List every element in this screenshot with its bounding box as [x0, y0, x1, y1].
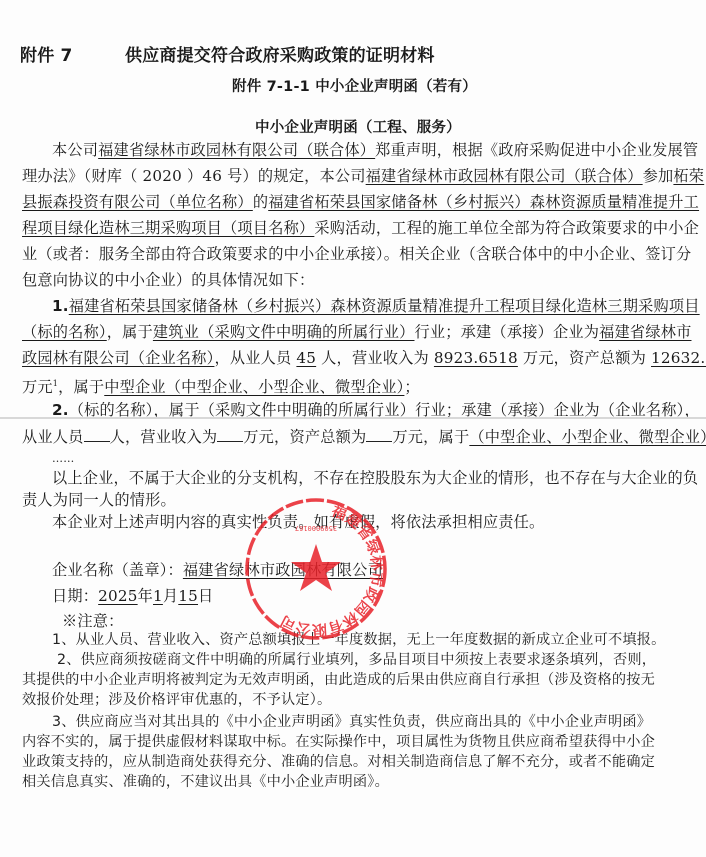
- item1-bid-name: 福建省柘荣县国家储备林（乡村振兴）森林资源质量精准提升工程项目绿化造林三期采购项…: [69, 297, 700, 315]
- note-2-line-3: 效报价处理；涉及价格评审优惠的，不予认定）。: [22, 690, 331, 710]
- intro-text: 理办法》（财库（ 2020 ）46 号）的规定，本公司: [22, 167, 366, 185]
- note-1: 1、从业人员、营业收入、资产总额填报上一年度数据，无上一年度数据的新成立企业可不…: [52, 630, 666, 650]
- date-text: 年: [138, 587, 153, 605]
- intro-text: 郑重声明，根据《政府采购促进中小企业发展管: [375, 141, 698, 159]
- note-3-line-1: 3、供应商应当对其出具的《中小企业声明函》真实性负责，供应商出具的《中小企业声明…: [52, 712, 651, 732]
- item2-enterprise-type: （中型企业、小型企业、微型企业）: [469, 428, 706, 446]
- item1-bid-name-cont: （标的名称）: [22, 323, 107, 341]
- attachment-label: 附件 7: [20, 46, 73, 66]
- document-page: 附件 7 供应商提交符合政府采购政策的证明材料 附件 7-1-1 中小企业声明函…: [0, 0, 706, 857]
- intro-line-5: 业（或者：服务全部由符合政策要求的中小企业承接）。相关企业（含联合体中的中小企业…: [22, 244, 691, 264]
- intro-line-6: 包意向协议的中小企业）的具体情况如下：: [22, 270, 314, 290]
- item2-employees-blank: [84, 427, 110, 442]
- scan-artifact-line: [0, 417, 706, 419]
- item-text: 行业；承建（承接）企业为: [415, 323, 600, 341]
- item1-enterprise: 福建省绿林市: [599, 323, 691, 341]
- item-text: 从业人员: [22, 428, 84, 446]
- item1-revenue: 8923.6518: [434, 349, 518, 367]
- note-2-line-1: 2、供应商须按磋商文件中明确的所属行业填列，多品目项目中须按上表要求逐条填列，否…: [57, 650, 656, 670]
- item1-line-3: 政园林有限公司（企业名称），从业人员 45 人，营业收入为 8923.6518 …: [22, 348, 706, 368]
- note-3-line-3: 业政策支持的，应从制造商处获得充分、准确的信息。对相关制造商信息了解不充分，或者…: [22, 752, 655, 772]
- item-text: 人，营业收入为: [110, 428, 218, 446]
- statement-line-3: 本企业对上述声明内容的真实性负责。如有虚假，将依法承担相应责任。: [52, 512, 544, 532]
- statement-line-2: 责人为同一人的情形。: [22, 490, 176, 510]
- note-2-line-2: 其提供的中小企业声明将被判定为无效声明函，由此造成的后果由供应商自行承担（涉及资…: [22, 670, 655, 690]
- statement-line-1: 以上企业，不属于大企业的分支机构，不存在控股股东为大企业的情形，也不存在与大企业…: [52, 468, 698, 488]
- item1-line-2: （标的名称），属于建筑业（采购文件中明确的所属行业）行业；承建（承接）企业为福建…: [22, 322, 691, 342]
- notes-heading: ※注意：: [62, 611, 124, 631]
- intro-line-1: 本公司福建省绿林市政园林有限公司（联合体）郑重声明，根据《政府采购促进中小企业发…: [52, 140, 698, 160]
- intro-text: 本公司: [52, 141, 98, 159]
- item2-line-2: 从业人员人，营业收入为万元，资产总额为万元，属于（中型企业、小型企业、微型企业）…: [22, 427, 706, 447]
- item-number: 1.: [52, 297, 69, 315]
- item-text: 人，营业收入为: [316, 349, 434, 367]
- item-text: ，属于: [58, 378, 104, 396]
- date-text: 日: [198, 587, 213, 605]
- date-month: 1: [153, 587, 163, 605]
- item1-employees: 45: [296, 349, 316, 367]
- item-text: ，从业人员: [214, 349, 296, 367]
- item-text: 万元: [22, 378, 53, 396]
- intro-text: 参加: [643, 167, 674, 185]
- item1-enterprise-type: 中型企业（中型企业、小型企业、微型企业）: [104, 378, 404, 396]
- item-text: ，属于: [107, 323, 153, 341]
- intro-line-4: 程项目绿化造林三期采购项目（项目名称）采购活动，工程的施工单位全部为符合政策要求…: [22, 218, 699, 238]
- intro-line-3: 县振森投资有限公司（单位名称）的福建省柘荣县国家储备林（乡村振兴）森林资源质量精…: [22, 192, 699, 212]
- company-label: 企业名称（盖章）：: [52, 561, 183, 579]
- signing-company: 福建省绿林市政园林有限公司: [183, 561, 383, 579]
- buyer-name: 柘荣: [673, 167, 704, 185]
- note-3-line-4: 相关信息真实、准确的，不建议出具《中小企业声明函》。: [22, 772, 389, 792]
- item1-enterprise-cont: 政园林有限公司（企业名称）: [22, 349, 214, 367]
- item-text: ；: [404, 378, 419, 396]
- item-text: 万元，属于: [392, 428, 469, 446]
- intro-text: 采购活动，工程的施工单位全部为符合政策要求的中小企: [314, 219, 699, 237]
- date-text: 月: [163, 587, 178, 605]
- item-text: 万元，资产总额为: [243, 428, 366, 446]
- item1-industry: 建筑业（采购文件中明确的所属行业）: [153, 323, 415, 341]
- intro-line-2: 理办法》（财库（ 2020 ）46 号）的规定，本公司福建省绿林市政园林有限公司…: [22, 166, 704, 186]
- ellipsis: ……: [52, 449, 74, 469]
- project-name: 福建省柘荣县国家储备林（乡村振兴）森林资源质量精准提升工: [268, 193, 699, 211]
- date-year: 2025: [98, 587, 137, 605]
- date-day: 15: [178, 587, 198, 605]
- item1-assets: 12632.2621: [651, 349, 706, 367]
- date-label: 日期：: [52, 587, 98, 605]
- declaring-company: 福建省绿林市政园林有限公司（联合体）: [98, 141, 375, 159]
- letter-title: 中小企业声明函（工程、服务）: [255, 118, 461, 138]
- note-3-line-2: 内容不实的，属于提供虚假材料谋取中标。在实际操作中，项目属性为货物且供应商希望获…: [22, 732, 655, 752]
- declaring-company-2: 福建省绿林市政园林有限公司（联合体）: [366, 167, 643, 185]
- sub-attachment-title: 附件 7-1-1 中小企业声明函（若有）: [232, 77, 477, 97]
- item-text: 万元，资产总额为: [518, 349, 651, 367]
- intro-text: 的: [253, 193, 268, 211]
- signature-date-line: 日期：2025年1月15日: [52, 586, 213, 606]
- project-name-cont: 程项目绿化造林三期采购项目（项目名称）: [22, 219, 314, 237]
- item1-line-1: 1.福建省柘荣县国家储备林（乡村振兴）森林资源质量精准提升工程项目绿化造林三期采…: [52, 296, 700, 316]
- signature-company-line: 企业名称（盖章）：福建省绿林市政园林有限公司: [52, 560, 383, 580]
- buyer-name-cont: 县振森投资有限公司（单位名称）: [22, 193, 253, 211]
- item1-line-4: 万元1，属于中型企业（中型企业、小型企业、微型企业）；: [22, 374, 420, 397]
- item2-assets-blank: [366, 427, 392, 442]
- item2-revenue-blank: [217, 427, 243, 442]
- attachment-title: 供应商提交符合政府采购政策的证明材料: [125, 46, 435, 66]
